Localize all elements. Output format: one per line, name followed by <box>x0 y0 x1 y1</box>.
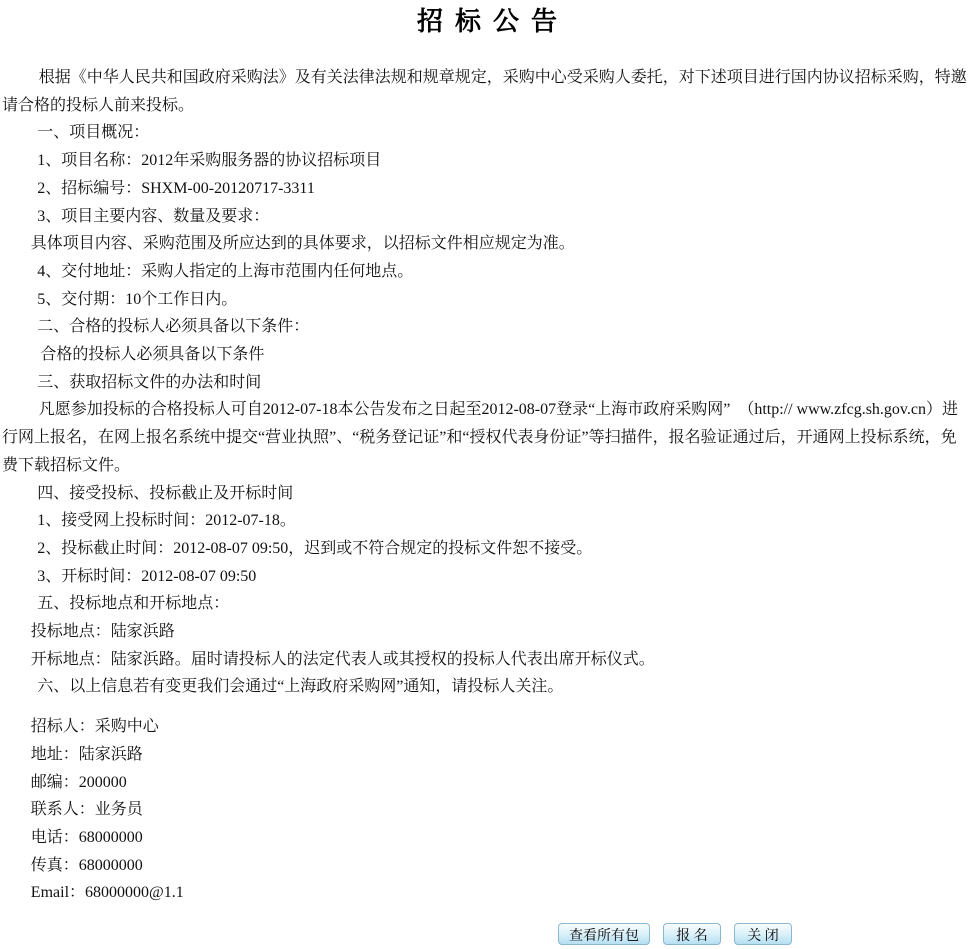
bid-deadline-line: 2、投标截止时间：2012-08-07 09:50，迟到或不符合规定的投标文件恕… <box>2 535 972 563</box>
tender-announcement-document: 招标公告 根据《中华人民共和国政府采购法》及有关法律法规和规章规定，采购中心受采… <box>0 0 974 949</box>
register-button[interactable]: 报 名 <box>663 923 721 945</box>
delivery-period-line: 5、交付期：10个工作日内。 <box>2 286 972 314</box>
tenderer-line: 招标人：采购中心 <box>2 713 972 741</box>
bidder-conditions-line: 合格的投标人必须具备以下条件 <box>2 341 972 369</box>
action-button-row: 查看所有包 报 名 关 闭 <box>2 923 972 949</box>
section-2-heading: 二、合格的投标人必须具备以下条件： <box>2 313 972 341</box>
postcode-line: 邮编：200000 <box>2 769 972 797</box>
contact-person-line: 联系人：业务员 <box>2 796 972 824</box>
bid-accept-time-line: 1、接受网上投标时间：2012-07-18。 <box>2 507 972 535</box>
project-content-heading: 3、项目主要内容、数量及要求： <box>2 203 972 231</box>
section-5-heading: 五、投标地点和开标地点： <box>2 590 972 618</box>
tender-number-line: 2、招标编号：SHXM-00-20120717-3311 <box>2 175 972 203</box>
fax-line: 传真：68000000 <box>2 852 972 880</box>
delivery-address-line: 4、交付地址：采购人指定的上海市范围内任何地点。 <box>2 258 972 286</box>
blank-line <box>2 701 972 713</box>
project-name-line: 1、项目名称：2012年采购服务器的协议招标项目 <box>2 147 972 175</box>
section-1-heading: 一、项目概况： <box>2 119 972 147</box>
email-line: Email：68000000@1.1 <box>2 879 972 907</box>
section-4-heading: 四、接受投标、投标截止及开标时间 <box>2 480 972 508</box>
bid-location-line: 投标地点：陆家浜路 <box>2 618 972 646</box>
view-all-packages-button[interactable]: 查看所有包 <box>558 923 650 945</box>
close-button[interactable]: 关 闭 <box>734 923 792 945</box>
opening-location-line: 开标地点：陆家浜路。届时请投标人的法定代表人或其授权的投标人代表出席开标仪式。 <box>2 646 972 674</box>
address-line: 地址：陆家浜路 <box>2 741 972 769</box>
section-3-heading: 三、获取招标文件的办法和时间 <box>2 369 972 397</box>
bid-opening-time-line: 3、开标时间：2012-08-07 09:50 <box>2 563 972 591</box>
project-content-detail: 具体项目内容、采购范围及所应达到的具体要求，以招标文件相应规定为准。 <box>2 230 972 258</box>
registration-paragraph: 凡愿参加投标的合格投标人可自2012-07-18本公告发布之日起至2012-08… <box>2 396 972 479</box>
intro-paragraph: 根据《中华人民共和国政府采购法》及有关法律法规和规章规定，采购中心受采购人委托，… <box>2 64 972 119</box>
section-6-notice-line: 六、以上信息若有变更我们会通过“上海政府采购网”通知，请投标人关注。 <box>2 673 972 701</box>
page-title: 招标公告 <box>2 4 972 40</box>
phone-line: 电话：68000000 <box>2 824 972 852</box>
